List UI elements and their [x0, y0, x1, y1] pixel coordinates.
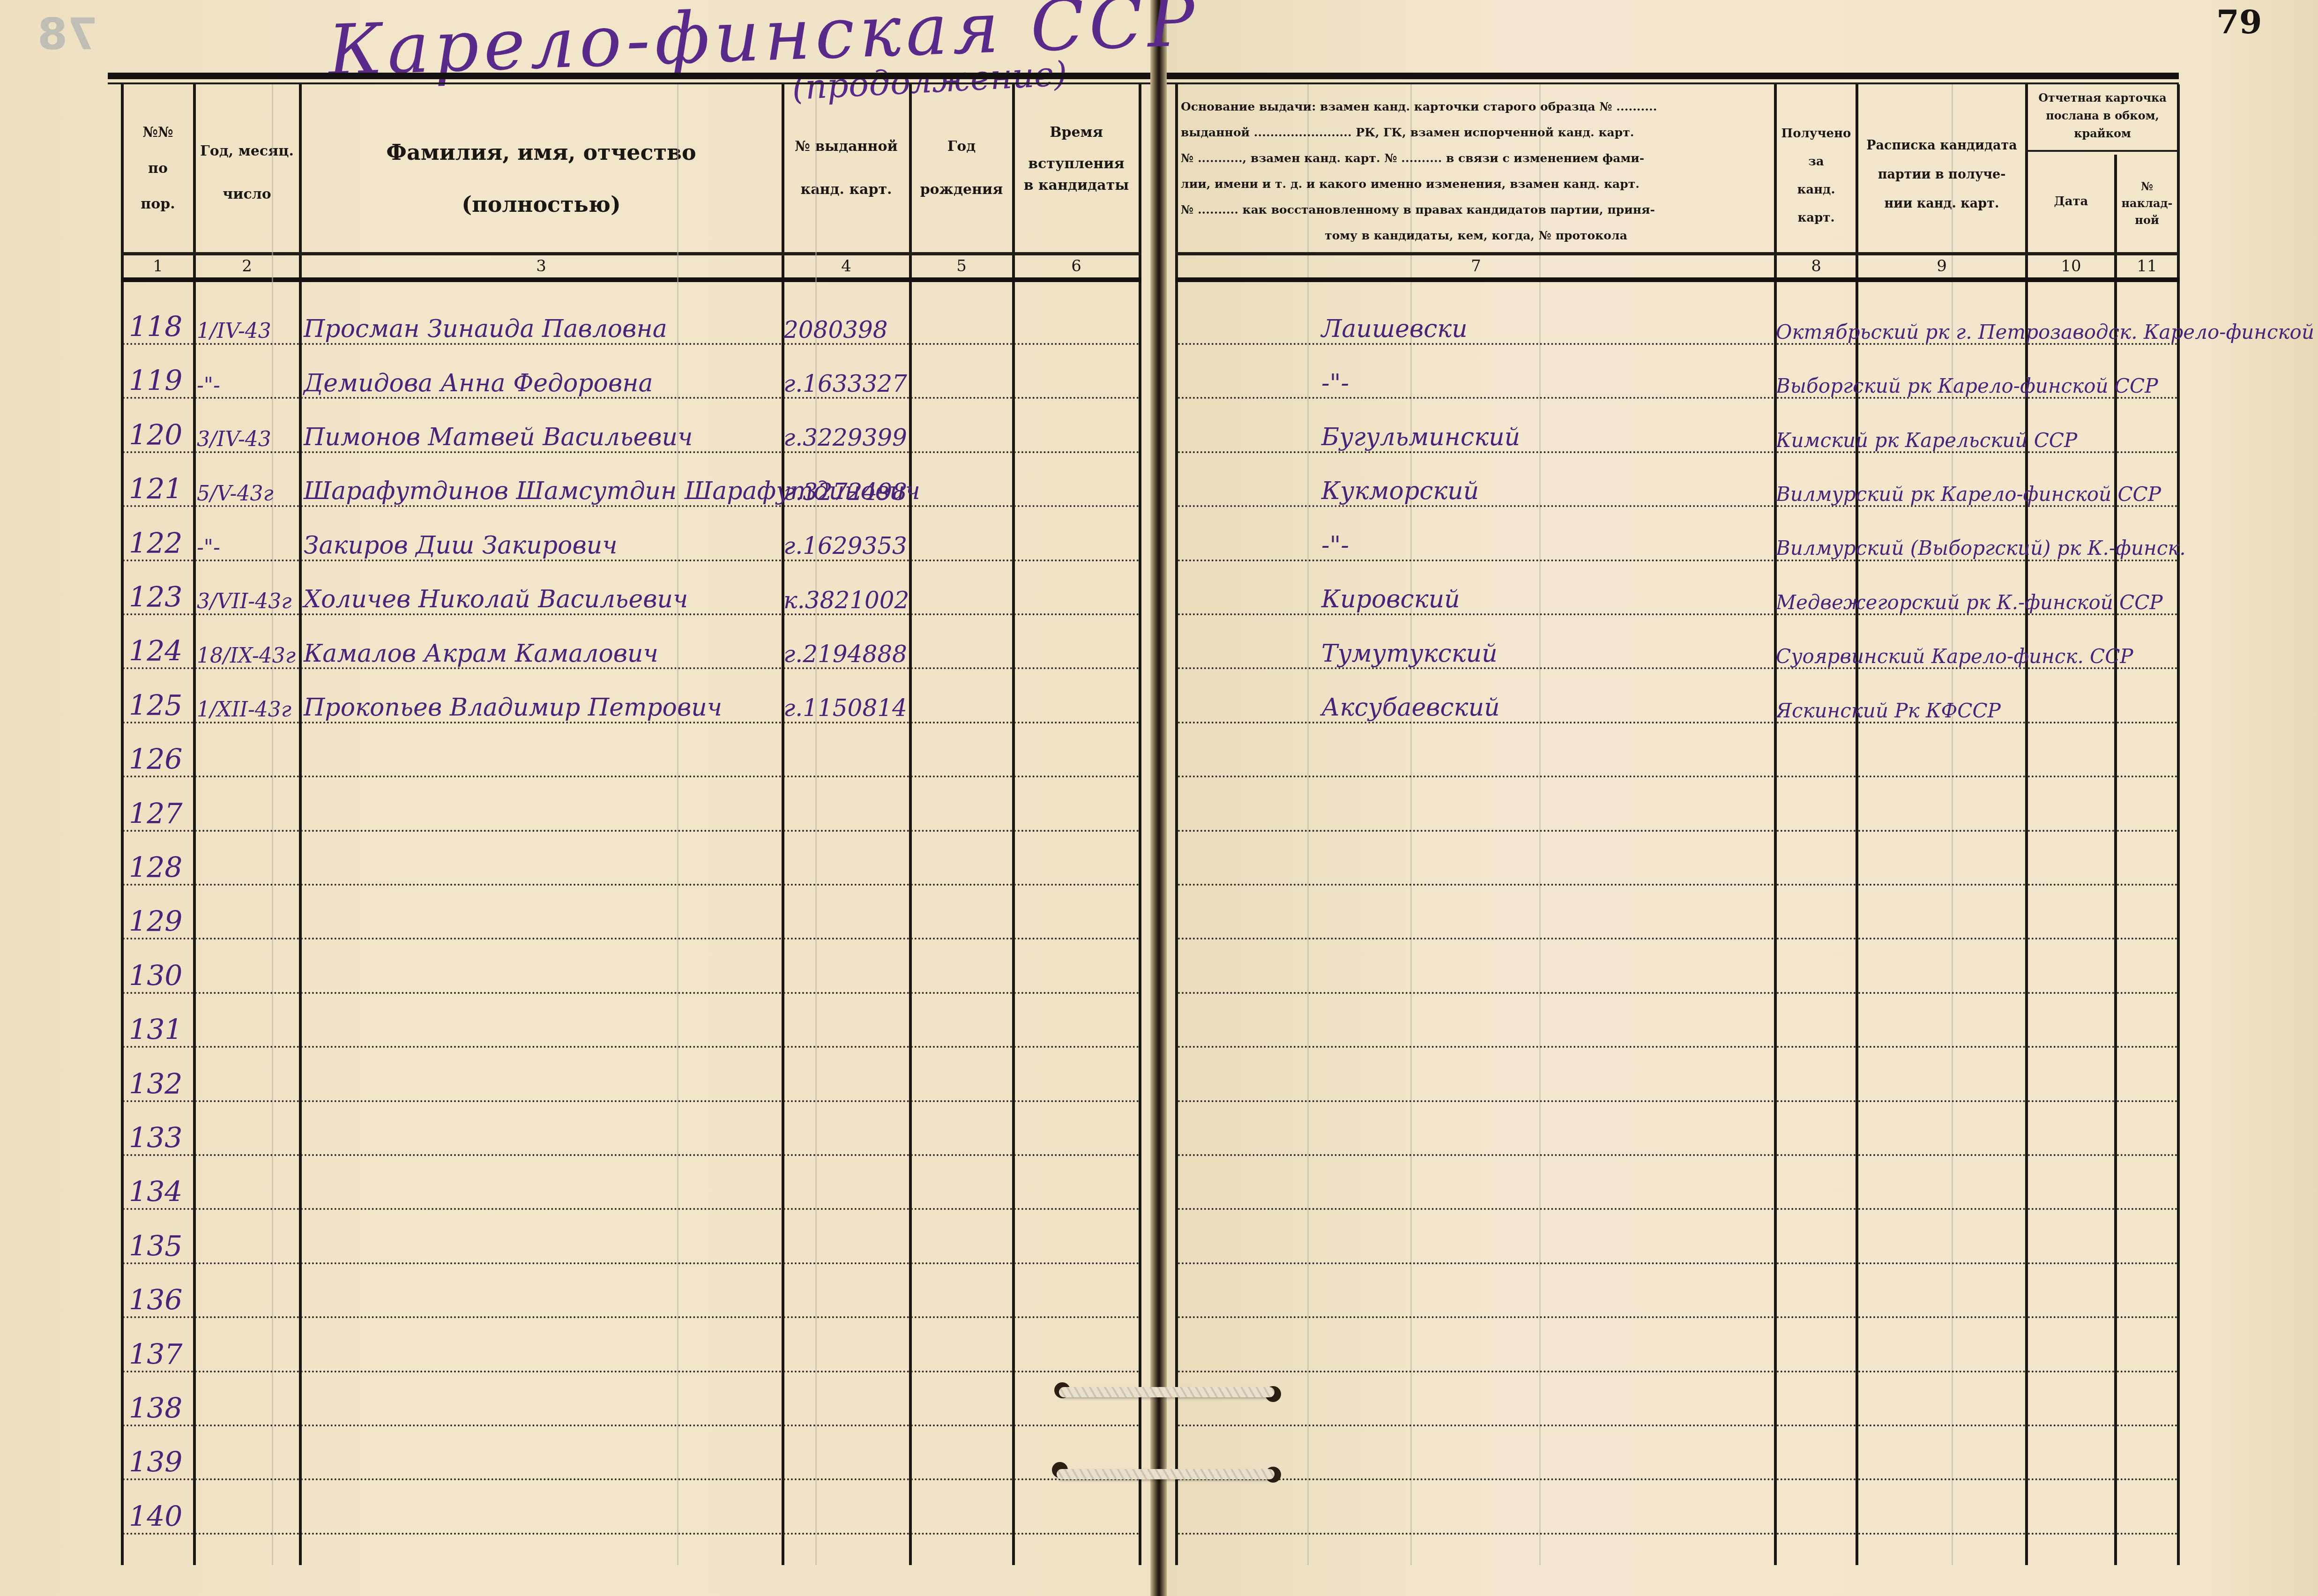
header-col9-line3: нии канд. карт.	[1858, 189, 2025, 218]
faint-guide-3	[1539, 84, 1541, 1565]
row-name: Шарафутдинов Шамсутдин Шарафутдинович	[304, 477, 782, 505]
row-rule	[1014, 1208, 1139, 1210]
row-rule	[301, 1371, 782, 1372]
right-col-divider-9-10	[2025, 84, 2028, 1565]
row-rule	[195, 884, 299, 886]
header-col2: Год, месяц. число	[195, 141, 299, 205]
row-rule	[1178, 722, 1774, 723]
colnum-2: 2	[195, 257, 299, 276]
row-rule	[783, 343, 909, 345]
row-rule	[783, 938, 909, 940]
header-col8-line1: Получено	[1777, 119, 1856, 148]
row-rule	[1777, 1424, 1856, 1426]
row-rule	[911, 776, 1012, 777]
row-no: 130	[129, 960, 183, 992]
row-rule	[1014, 938, 1139, 940]
header-col1: №№ по пор.	[123, 122, 193, 216]
row-rule	[195, 830, 299, 832]
row-rule	[1858, 1478, 2025, 1480]
row-rule	[1014, 1424, 1139, 1426]
row-rule	[2117, 722, 2177, 723]
row-rule	[783, 559, 909, 561]
row-rule	[2028, 1424, 2114, 1426]
header-col5-line1: Год	[911, 136, 1012, 158]
row-no: 122	[129, 527, 183, 560]
header-col7-line2: выданной ........................ РК, ГК…	[1181, 119, 1771, 145]
row-rule	[2117, 776, 2177, 777]
row-no: 126	[129, 743, 183, 776]
row-rule	[1858, 938, 2025, 940]
row-rule	[1858, 1316, 2025, 1318]
row-rule	[1014, 830, 1139, 832]
row-rule	[783, 1046, 909, 1048]
row-name: Холичев Николай Васильевич	[304, 585, 688, 613]
row-card: г.1629353	[783, 532, 907, 559]
right-colnum-bottom-rule	[1175, 277, 2180, 282]
row-basis: Тумутукский	[1321, 640, 1498, 668]
row-rule	[301, 884, 782, 886]
header-col8-line4: карт.	[1777, 204, 1856, 232]
row-rule	[301, 938, 782, 940]
header-col11-line3: ной	[2117, 212, 2177, 229]
row-rule	[2028, 1316, 2114, 1318]
row-rule	[783, 1316, 909, 1318]
row-rule	[1858, 830, 2025, 832]
row-rule	[783, 722, 909, 723]
row-rule	[911, 884, 1012, 886]
row-rule	[195, 1424, 299, 1426]
colnum-7: 7	[1178, 257, 1774, 276]
right-header-subdivider	[2025, 150, 2179, 152]
row-received: Медвежегорский рк К.-финской ССР	[1776, 591, 2163, 614]
header-col10-11-group: Отчетная карточка послана в обком, крайк…	[2028, 89, 2177, 142]
binding-string-upper	[1059, 1387, 1275, 1397]
row-date: 1/XII-43г	[197, 698, 291, 722]
row-rule	[911, 938, 1012, 940]
row-basis: Аксубаевский	[1321, 694, 1500, 722]
row-rule	[195, 1316, 299, 1318]
left-col-divider-4	[909, 84, 912, 1565]
row-rule	[783, 1262, 909, 1264]
row-received: Октябрьский рк г. Петрозаводск. Карело-ф…	[1776, 321, 2318, 343]
header-col5-line2: рождения	[911, 179, 1012, 201]
row-rule	[2028, 884, 2114, 886]
row-rule	[1777, 830, 1856, 832]
header-col3-line1: Фамилия, имя, отчество	[301, 136, 782, 169]
row-no: 124	[129, 635, 183, 668]
row-rule	[783, 613, 909, 615]
row-card: 2080398	[783, 316, 888, 343]
row-rule	[2028, 992, 2114, 994]
right-col-divider-10-11	[2114, 155, 2117, 1565]
header-col4-line1: № выданной	[783, 136, 909, 158]
row-rule	[301, 1154, 782, 1156]
left-header-bottom-rule	[121, 252, 1141, 255]
header-col6-line3: в кандидаты	[1014, 175, 1139, 197]
row-rule	[783, 1371, 909, 1372]
row-rule	[195, 722, 299, 723]
row-rule	[195, 559, 299, 561]
header-col7-line5: № .......... как восстановленному в прав…	[1181, 197, 1771, 223]
row-rule	[783, 884, 909, 886]
header-col11: № наклад- ной	[2117, 178, 2177, 229]
header-col1-line3: пор.	[123, 194, 193, 216]
row-basis: Кукморский	[1321, 477, 1479, 505]
faint-guide-7	[272, 84, 273, 1565]
header-col9-line2: партии в получе-	[1858, 160, 2025, 189]
row-rule	[2117, 1533, 2177, 1535]
row-rule	[1014, 505, 1139, 507]
row-rule	[783, 1424, 909, 1426]
header-col3-line2: (полностью)	[301, 188, 782, 221]
row-rule	[1014, 559, 1139, 561]
left-col-divider-3	[782, 84, 784, 1565]
row-rule	[783, 1154, 909, 1156]
row-rule	[195, 343, 299, 345]
row-card: г.1633327	[783, 370, 907, 397]
row-rule	[1178, 1533, 1774, 1535]
row-basis: -"-	[1321, 369, 1349, 397]
row-rule	[1014, 992, 1139, 994]
header-col6-line2: вступления	[1014, 153, 1139, 175]
row-rule	[1178, 613, 1774, 615]
row-rule	[2117, 451, 2177, 453]
book-gutter	[1150, 0, 1167, 1596]
header-col8-line3: канд.	[1777, 176, 1856, 204]
row-no: 127	[129, 798, 183, 830]
colnum-11: 11	[2117, 257, 2177, 276]
row-rule	[1178, 1100, 1774, 1102]
binding-string-lower	[1057, 1469, 1275, 1479]
row-rule	[195, 1262, 299, 1264]
row-rule	[2117, 830, 2177, 832]
header-col7-line3: № ..........., взамен канд. карт. № ....…	[1181, 145, 1771, 171]
header-col9-line1: Расписка кандидата	[1858, 131, 2025, 160]
left-col-divider-2	[299, 84, 302, 1565]
row-rule	[195, 938, 299, 940]
row-name: Прокопьев Владимир Петрович	[304, 694, 722, 722]
row-rule	[1178, 938, 1774, 940]
row-rule	[301, 343, 782, 345]
row-rule	[2117, 1316, 2177, 1318]
row-rule	[1777, 1533, 1856, 1535]
row-rule	[1178, 1046, 1774, 1048]
row-rule	[1858, 1371, 2025, 1372]
row-rule	[1178, 505, 1774, 507]
row-rule	[783, 1208, 909, 1210]
row-no: 125	[129, 689, 183, 722]
row-rule	[1178, 1208, 1774, 1210]
header-col9: Расписка кандидата партии в получе- нии …	[1858, 131, 2025, 218]
row-received: Кимский рк Карельский ССР	[1776, 429, 2077, 452]
row-rule	[783, 505, 909, 507]
row-received: Выборгский рк Карело-финской ССР	[1776, 374, 2158, 397]
row-rule	[1858, 1208, 2025, 1210]
row-rule	[911, 1478, 1012, 1480]
row-rule	[783, 1100, 909, 1102]
row-no: 137	[129, 1338, 183, 1371]
row-rule	[1858, 1046, 2025, 1048]
header-col7-line6: тому в кандидаты, кем, когда, № протокол…	[1181, 223, 1771, 248]
row-rule	[911, 559, 1012, 561]
row-rule	[1014, 1316, 1139, 1318]
row-rule	[1178, 451, 1774, 453]
row-rule	[783, 830, 909, 832]
row-rule	[301, 397, 782, 399]
row-rule	[1858, 1424, 2025, 1426]
row-rule	[2117, 1371, 2177, 1372]
row-basis: Кировский	[1321, 585, 1460, 613]
row-rule	[1777, 1316, 1856, 1318]
header-col7-line1: Основание выдачи: взамен канд. карточки …	[1181, 94, 1771, 119]
row-rule	[2028, 1262, 2114, 1264]
right-col-divider-7-8	[1774, 84, 1777, 1565]
row-rule	[1777, 776, 1856, 777]
row-rule	[1858, 1154, 2025, 1156]
row-card: г.2194888	[783, 641, 907, 668]
header-col1-line2: по	[123, 158, 193, 180]
row-rule	[911, 397, 1012, 399]
header-col6: Время вступления в кандидаты	[1014, 122, 1139, 197]
row-rule	[911, 830, 1012, 832]
row-rule	[1178, 343, 1774, 345]
row-rule	[1014, 613, 1139, 615]
row-no: 135	[129, 1230, 183, 1263]
row-name: Просман Зинаида Павловна	[304, 315, 667, 343]
left-table-border-right	[1139, 84, 1141, 1565]
row-rule	[1777, 1208, 1856, 1210]
row-rule	[911, 451, 1012, 453]
row-rule	[2028, 1533, 2114, 1535]
row-name: Камалов Акрам Камалович	[304, 640, 658, 668]
row-no: 134	[129, 1176, 183, 1208]
row-rule	[195, 505, 299, 507]
right-table-top-border	[1167, 73, 2179, 79]
row-rule	[301, 1533, 782, 1535]
header-col8-line2: за	[1777, 148, 1856, 176]
colnum-5: 5	[911, 257, 1012, 276]
row-date: 3/IV-43	[197, 427, 271, 451]
colnum-10: 10	[2028, 257, 2114, 276]
row-rule	[1178, 776, 1774, 777]
row-rule	[301, 1262, 782, 1264]
row-no: 123	[129, 581, 183, 614]
header-col11-line1: №	[2117, 178, 2177, 195]
row-no: 119	[129, 365, 183, 397]
faint-guide-4	[1952, 84, 1953, 1565]
row-rule	[2028, 1100, 2114, 1102]
row-card: г.1150814	[783, 694, 907, 722]
row-received: Вилмурский (Выборгский) рк К.-финск.	[1776, 537, 2186, 559]
row-rule	[2028, 1478, 2114, 1480]
row-rule	[301, 1424, 782, 1426]
row-rule	[911, 667, 1012, 669]
row-no: 131	[129, 1014, 183, 1046]
row-date: 18/IX-43г	[197, 644, 296, 668]
row-rule	[911, 1208, 1012, 1210]
row-rule	[2117, 1100, 2177, 1102]
page-number: 79	[2216, 2, 2262, 41]
row-rule	[1777, 1478, 1856, 1480]
row-date: -"-	[197, 536, 220, 559]
row-card: к.3821002	[783, 587, 909, 614]
row-rule	[301, 667, 782, 669]
header-group-line3: крайком	[2028, 125, 2177, 142]
row-rule	[2028, 830, 2114, 832]
row-rule	[301, 992, 782, 994]
row-rule	[195, 613, 299, 615]
row-no: 140	[129, 1500, 183, 1533]
row-rule	[301, 505, 782, 507]
row-rule	[301, 1046, 782, 1048]
header-col7-line4: лии, имени и т. д. и какого именно измен…	[1181, 171, 1771, 197]
row-rule	[301, 559, 782, 561]
row-received: Суоярвинский Карело-финск. ССР	[1776, 645, 2133, 668]
row-rule	[1777, 1154, 1856, 1156]
row-rule	[1777, 1046, 1856, 1048]
row-rule	[1014, 451, 1139, 453]
ghost-page-number: 78	[37, 9, 97, 60]
colnum-3: 3	[301, 257, 782, 276]
row-rule	[1858, 1533, 2025, 1535]
right-table-border-left	[1175, 84, 1178, 1565]
row-name: Закиров Диш Закирович	[304, 531, 618, 559]
left-table-border-left	[121, 84, 124, 1565]
row-date: 5/V-43г	[197, 482, 274, 506]
colnum-8: 8	[1777, 257, 1856, 276]
row-rule	[1777, 884, 1856, 886]
row-rule	[783, 667, 909, 669]
row-no: 118	[129, 311, 183, 343]
row-rule	[1777, 938, 1856, 940]
row-rule	[195, 1046, 299, 1048]
right-header-bottom-rule	[1175, 252, 2180, 255]
row-card: г.3272498	[783, 478, 907, 506]
row-rule	[1014, 1046, 1139, 1048]
header-col3: Фамилия, имя, отчество (полностью)	[301, 136, 782, 222]
row-rule	[301, 1208, 782, 1210]
row-date: 1/IV-43	[197, 319, 271, 343]
row-rule	[911, 505, 1012, 507]
row-basis: Лаишевски	[1321, 315, 1468, 343]
row-rule	[1178, 1262, 1774, 1264]
header-col6-line1: Время	[1014, 122, 1139, 144]
row-rule	[783, 776, 909, 777]
row-rule	[1014, 722, 1139, 723]
row-rule	[195, 992, 299, 994]
row-rule	[2117, 1154, 2177, 1156]
header-group-line1: Отчетная карточка	[2028, 89, 2177, 107]
row-rule	[911, 1316, 1012, 1318]
row-rule	[1777, 1371, 1856, 1372]
row-rule	[2117, 1046, 2177, 1048]
row-rule	[1178, 1154, 1774, 1156]
header-col7: Основание выдачи: взамен канд. карточки …	[1181, 94, 1771, 248]
row-rule	[195, 1371, 299, 1372]
row-rule	[1858, 1262, 2025, 1264]
row-no: 128	[129, 851, 183, 884]
row-rule	[301, 1316, 782, 1318]
row-rule	[1014, 667, 1139, 669]
row-rule	[1178, 1371, 1774, 1372]
row-rule	[2117, 938, 2177, 940]
row-rule	[1014, 884, 1139, 886]
row-no: 136	[129, 1284, 183, 1317]
row-rule	[1777, 1100, 1856, 1102]
row-rule	[195, 397, 299, 399]
row-rule	[195, 451, 299, 453]
colnum-9: 9	[1858, 257, 2025, 276]
header-col1-line1: №№	[123, 122, 193, 144]
row-rule	[301, 451, 782, 453]
faint-guide-1	[1307, 84, 1309, 1565]
row-rule	[783, 451, 909, 453]
row-rule	[1178, 1316, 1774, 1318]
colnum-1: 1	[123, 257, 193, 276]
row-name: Демидова Анна Федоровна	[304, 369, 653, 397]
row-rule	[2028, 1154, 2114, 1156]
colnum-4: 4	[783, 257, 909, 276]
row-rule	[783, 1478, 909, 1480]
row-rule	[1014, 1154, 1139, 1156]
row-rule	[2117, 1478, 2177, 1480]
row-rule	[1178, 992, 1774, 994]
row-rule	[1858, 776, 2025, 777]
header-col8: Получено за канд. карт.	[1777, 119, 1856, 232]
row-rule	[911, 1046, 1012, 1048]
row-rule	[2117, 884, 2177, 886]
header-col2-line2: число	[195, 184, 299, 206]
header-col11-line2: наклад-	[2117, 195, 2177, 212]
row-rule	[2028, 776, 2114, 777]
row-rule	[911, 1100, 1012, 1102]
header-col2-line1: Год, месяц.	[195, 141, 299, 163]
row-rule	[1014, 1371, 1139, 1372]
row-rule	[1014, 397, 1139, 399]
row-rule	[1014, 1100, 1139, 1102]
faint-guide-5	[677, 84, 678, 1565]
row-rule	[195, 667, 299, 669]
row-rule	[911, 1262, 1012, 1264]
row-no: 138	[129, 1392, 183, 1425]
header-col5: Год рождения	[911, 136, 1012, 201]
header-col4-line2: канд. карт.	[783, 179, 909, 201]
row-rule	[911, 722, 1012, 723]
row-rule	[1178, 667, 1774, 669]
row-basis: -"-	[1321, 531, 1349, 559]
row-rule	[911, 1424, 1012, 1426]
row-date: 3/VII-43г	[197, 589, 291, 613]
row-rule	[195, 1208, 299, 1210]
row-rule	[1178, 830, 1774, 832]
row-no: 139	[129, 1446, 183, 1479]
faint-guide-2	[1410, 84, 1412, 1565]
header-group-line2: послана в обком,	[2028, 107, 2177, 125]
row-rule	[1178, 397, 1774, 399]
row-rule	[301, 830, 782, 832]
row-no: 133	[129, 1122, 183, 1155]
row-received: Вилмурский рк Карело-финской ССР	[1776, 483, 2161, 506]
row-no: 129	[129, 905, 183, 938]
row-rule	[301, 613, 782, 615]
left-col-divider-5	[1012, 84, 1015, 1565]
row-rule	[301, 1100, 782, 1102]
row-rule	[783, 397, 909, 399]
row-rule	[2028, 938, 2114, 940]
header-col4: № выданной канд. карт.	[783, 136, 909, 201]
row-received: Яскинский Рк КФССР	[1776, 699, 2001, 722]
row-rule	[195, 1100, 299, 1102]
